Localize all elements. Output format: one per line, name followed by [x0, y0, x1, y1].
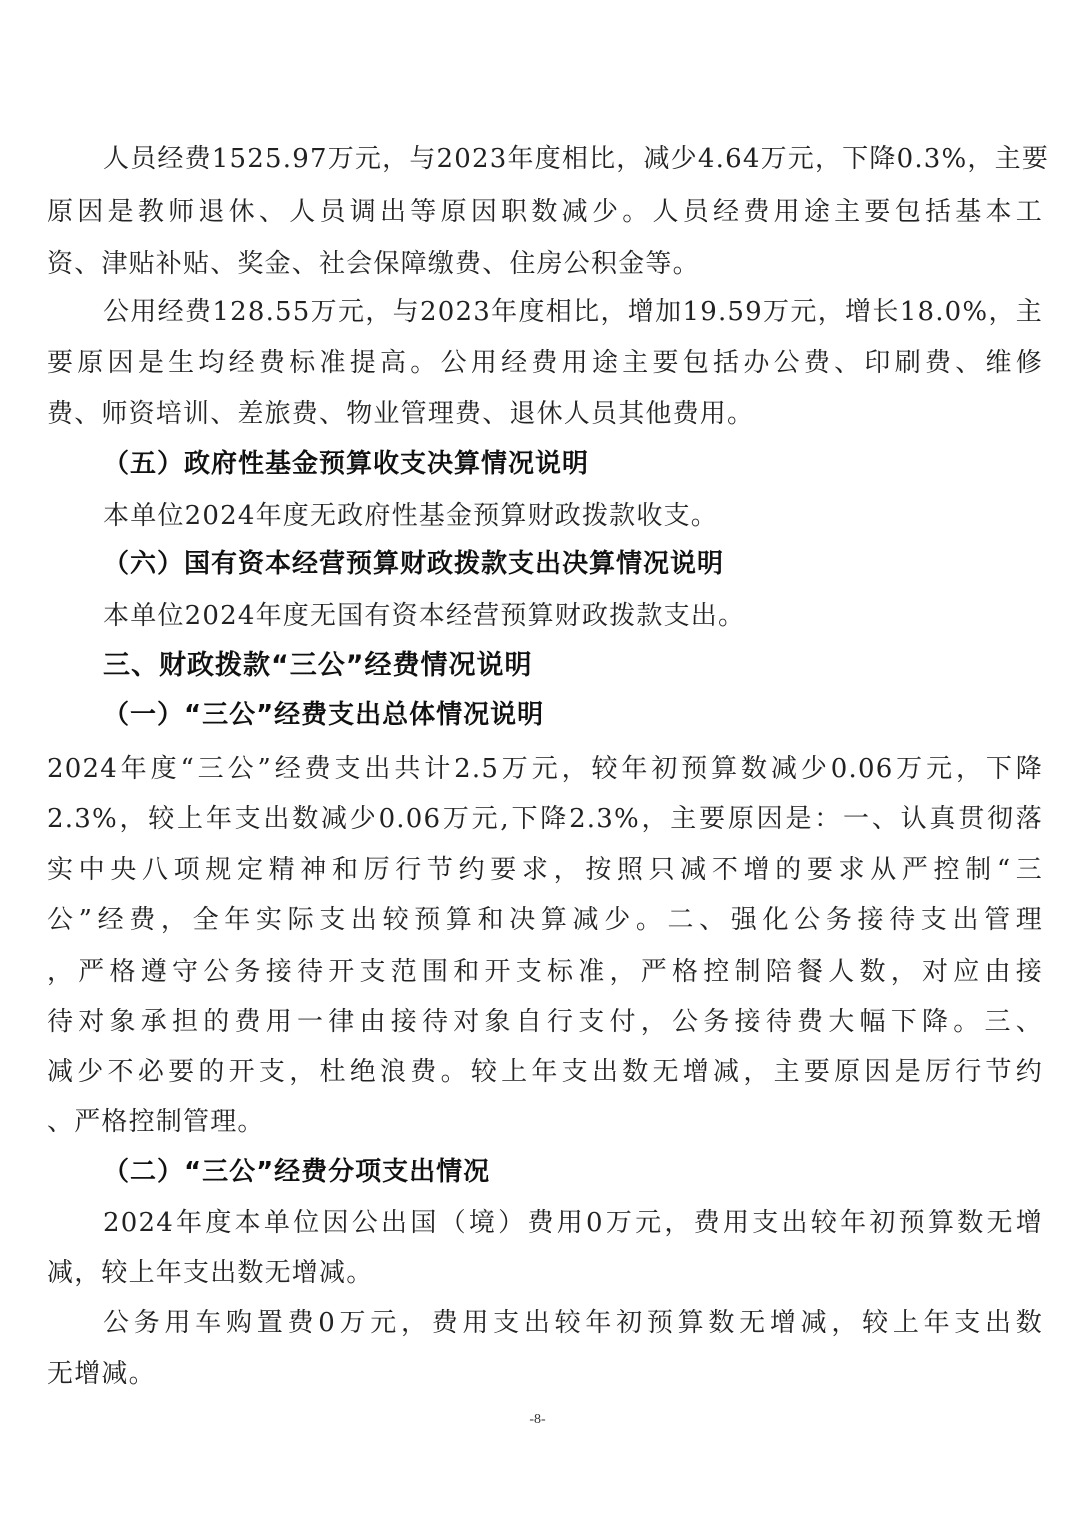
body-line: 2.3%，较上年支出数减少0.06万元,下降2.3%，主要原因是：一、认真贯彻落: [47, 804, 1043, 834]
subheading-gov-fund: （五）政府性基金预算收支决算情况说明: [103, 449, 589, 479]
body-line: 本单位2024年度无政府性基金预算财政拨款收支。: [103, 501, 1043, 531]
body-line: 人员经费1525.97万元，与2023年度相比，减少4.64万元，下降0.3%，…: [103, 144, 1043, 174]
body-line: 公用经费128.55万元，与2023年度相比，增加19.59万元，增长18.0%…: [103, 297, 1043, 327]
document-page: 人员经费1525.97万元，与2023年度相比，减少4.64万元，下降0.3%，…: [0, 0, 1075, 1520]
subheading-three-public-itemized: （二）“三公”经费分项支出情况: [103, 1157, 490, 1187]
body-line: 减，较上年支出数无增减。: [47, 1258, 1043, 1288]
body-line: 费、师资培训、差旅费、物业管理费、退休人员其他费用。: [47, 399, 1043, 429]
body-line: 减少不必要的开支，杜绝浪费。较上年支出数无增减，主要原因是厉行节约: [47, 1057, 1043, 1087]
body-line: 本单位2024年度无国有资本经营预算财政拨款支出。: [103, 601, 1043, 631]
body-line: 公务用车购置费0万元，费用支出较年初预算数无增减，较上年支出数: [103, 1308, 1043, 1338]
body-line: 公”经费，全年实际支出较预算和决算减少。二、强化公务接待支出管理: [47, 905, 1043, 935]
body-line: 要原因是生均经费标准提高。公用经费用途主要包括办公费、印刷费、维修: [47, 348, 1043, 378]
section-heading-three-public: 三、财政拨款“三公”经费情况说明: [103, 651, 533, 681]
body-line: 原因是教师退休、人员调出等原因职数减少。人员经费用途主要包括基本工: [47, 197, 1043, 227]
body-line: 2024年度本单位因公出国（境）费用0万元，费用支出较年初预算数无增: [103, 1208, 1043, 1238]
page-number: -8-: [0, 1412, 1075, 1428]
body-line: 实中央八项规定精神和厉行节约要求，按照只减不增的要求从严控制“三: [47, 855, 1043, 885]
body-line: ，严格遵守公务接待开支范围和开支标准，严格控制陪餐人数，对应由接: [47, 957, 1043, 987]
body-line: 无增减。: [47, 1359, 1043, 1389]
subheading-state-capital: （六）国有资本经营预算财政拨款支出决算情况说明: [103, 549, 724, 579]
subheading-three-public-overall: （一）“三公”经费支出总体情况说明: [103, 700, 544, 730]
body-line: 待对象承担的费用一律由接待对象自行支付，公务接待费大幅下降。三、: [47, 1007, 1043, 1037]
body-line: 资、津贴补贴、奖金、社会保障缴费、住房公积金等。: [47, 249, 1043, 279]
body-line: 、严格控制管理。: [47, 1107, 1043, 1137]
body-line: 2024年度“三公”经费支出共计2.5万元，较年初预算数减少0.06万元，下降: [47, 754, 1043, 784]
